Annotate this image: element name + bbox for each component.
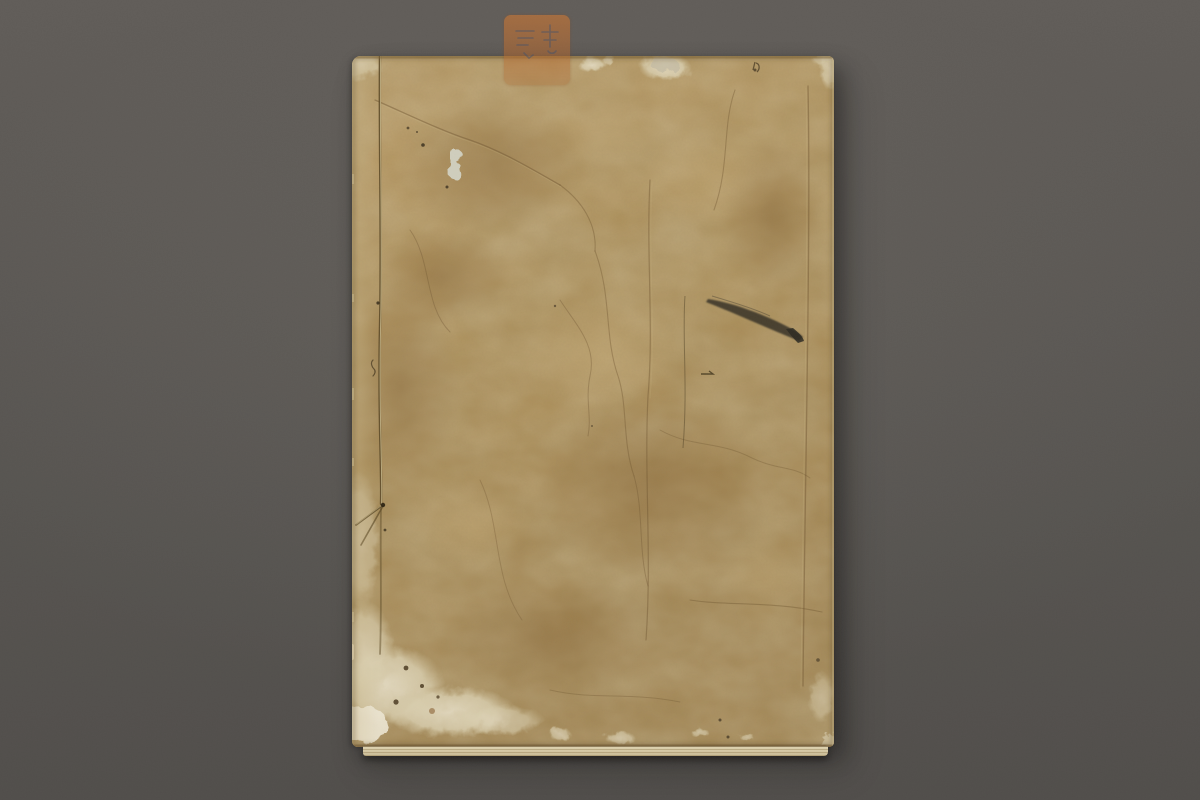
paper-label	[504, 15, 570, 85]
cover-texture	[352, 56, 834, 747]
photo-backdrop	[0, 0, 1200, 800]
stitch-hole	[381, 503, 385, 507]
page-block-edge	[363, 746, 828, 756]
page-tab	[352, 644, 354, 660]
label-marks	[504, 15, 570, 85]
cover-grain-texture	[352, 56, 834, 747]
book	[352, 56, 834, 747]
book-cover	[352, 56, 834, 747]
